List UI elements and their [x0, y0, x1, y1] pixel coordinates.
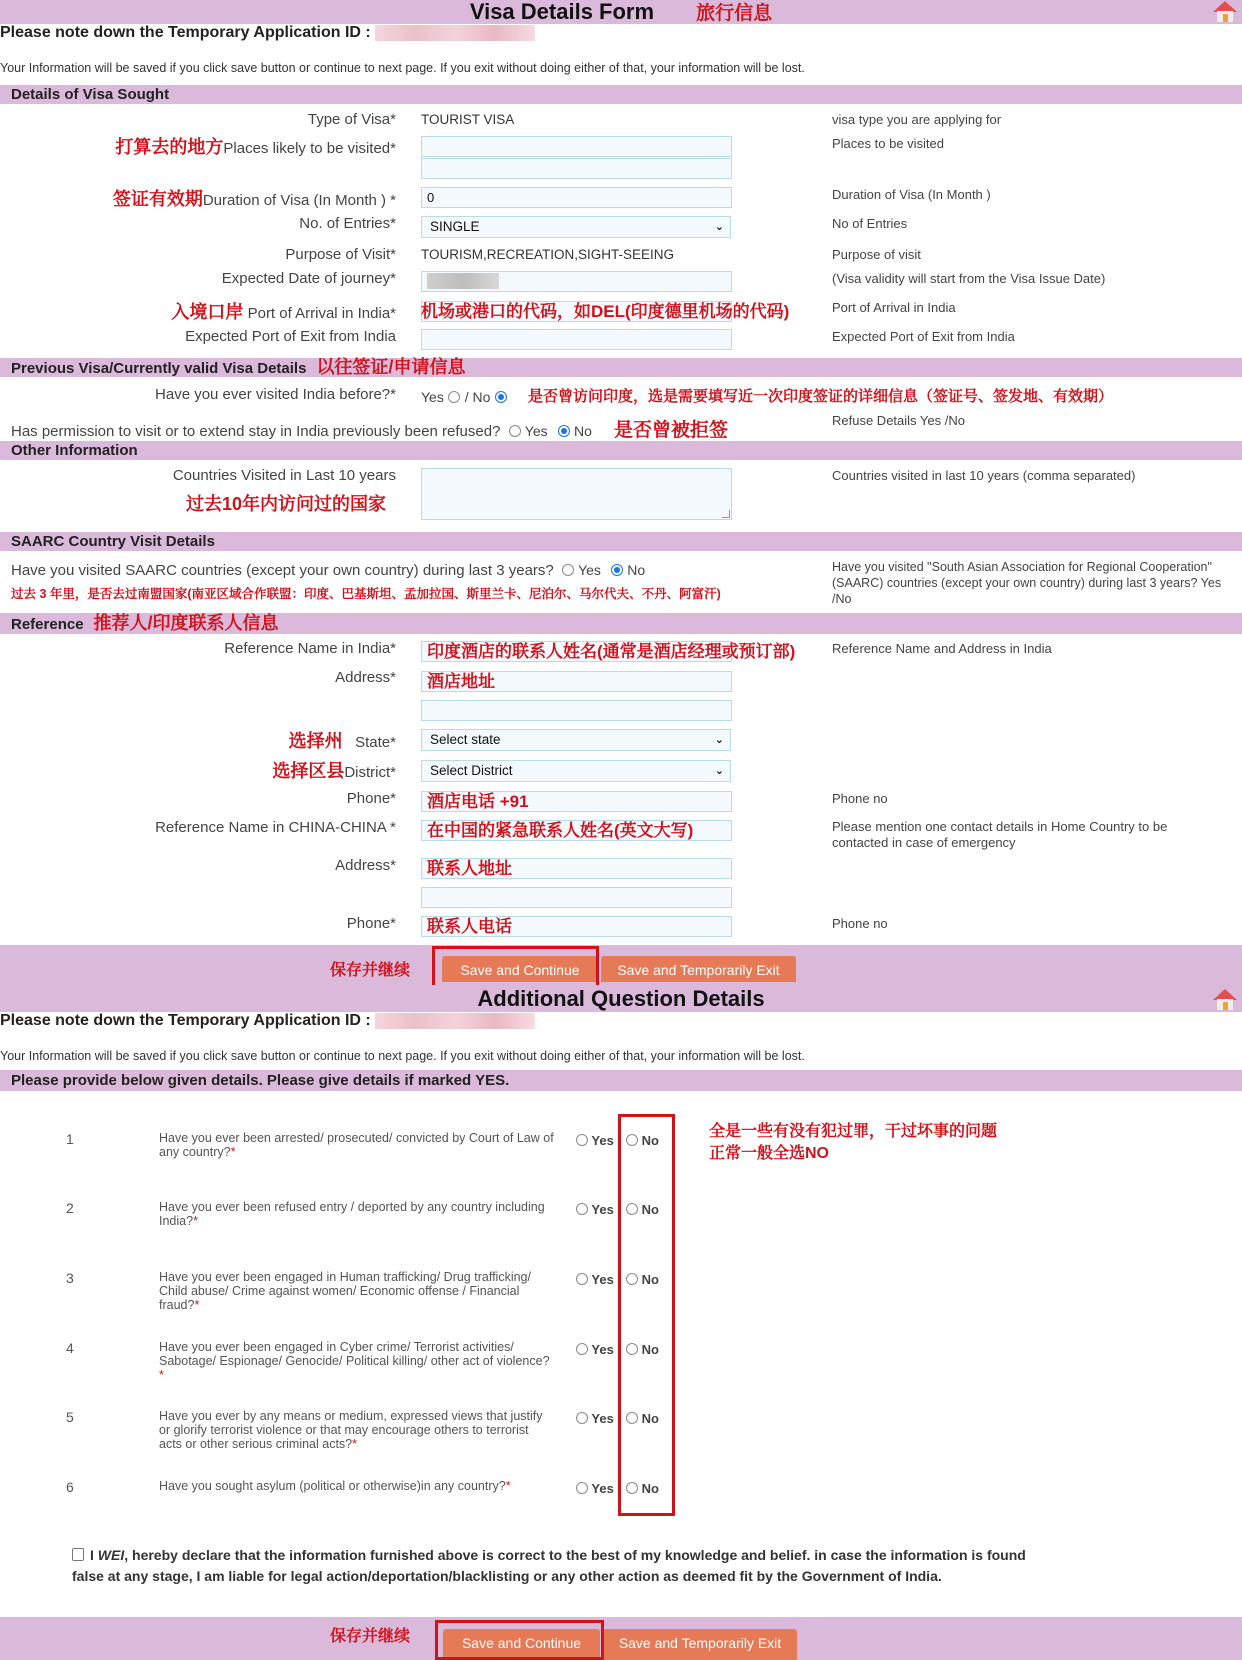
saarc-annotation: 过去 3 年里，是否去过南盟国家(南亚区域合作联盟：印度、巴基斯坦、孟加拉国、斯…	[11, 584, 721, 602]
question-yes-radio[interactable]	[576, 1412, 588, 1424]
highlight-box-no-column	[618, 1114, 675, 1516]
question-yes-option: Yes	[576, 1481, 614, 1496]
temp-app-id: Please note down the Temporary Applicati…	[0, 24, 535, 42]
highlight-box-2	[435, 1620, 604, 1660]
save-exit-button[interactable]: Save and Temporarily Exit	[601, 956, 796, 982]
label-ref-address-home: Address*	[0, 857, 396, 874]
hint-places: Places to be visited	[832, 136, 944, 152]
save-notice-2: Your Information will be saved if you cl…	[0, 1049, 805, 1063]
label-countries-visited: Countries Visited in Last 10 years	[0, 467, 396, 484]
places-input-2[interactable]	[421, 158, 732, 179]
save-continue-annotation: 保存并继续	[330, 957, 410, 980]
question-text: Have you ever by any means or medium, ex…	[159, 1409, 554, 1451]
section-other-info: Other Information	[0, 441, 1242, 460]
label-duration: 签证有效期Duration of Visa (In Month ) *	[0, 185, 396, 211]
section-saarc: SAARC Country Visit Details	[0, 532, 1242, 551]
section-additional-questions: Please provide below given details. Plea…	[0, 1070, 1242, 1091]
port-arrival-annotation: 机场或港口的代码，如DEL(印度德里机场的代码)	[421, 297, 789, 322]
question-yes-option: Yes	[576, 1342, 614, 1357]
page-title: Visa Details Form	[470, 0, 654, 24]
hint-ref-name-home: Please mention one contact details in Ho…	[832, 819, 1222, 851]
visited-india-yes-radio[interactable]	[448, 391, 460, 403]
hint-entries: No of Entries	[832, 216, 907, 232]
label-port-arrival: 入境口岸 Port of Arrival in India*	[0, 298, 396, 324]
hint-duration: Duration of Visa (In Month )	[832, 187, 991, 203]
hint-ref-name-india: Reference Name and Address in India	[832, 641, 1052, 657]
questions-annotation-1: 全是一些有没有犯过罪，干过坏事的问题	[709, 1118, 997, 1141]
section-previous-visa: Previous Visa/Currently valid Visa Detai…	[0, 358, 1242, 377]
countries-visited-annotation: 过去10年内访问过的国家	[186, 494, 386, 514]
port-exit-input[interactable]	[421, 329, 732, 350]
section-visa-sought: Details of Visa Sought	[0, 85, 1242, 104]
phone-india-input[interactable]: 酒店电话 +91	[421, 791, 732, 812]
label-type-of-visa: Type of Visa*	[0, 111, 396, 128]
refused-row: Has permission to visit or to extend sta…	[11, 415, 728, 442]
value-type-of-visa: TOURIST VISA	[421, 112, 514, 127]
question-yes-radio[interactable]	[576, 1273, 588, 1285]
question-text: Have you ever been engaged in Cyber crim…	[159, 1340, 554, 1382]
label-refused: Has permission to visit or to extend sta…	[11, 423, 500, 440]
app-id-value-redacted	[375, 25, 535, 41]
state-select[interactable]: Select state⌄	[421, 729, 731, 751]
hint-port-exit: Expected Port of Exit from India	[832, 329, 1015, 345]
label-entries: No. of Entries*	[0, 215, 396, 232]
label-port-exit: Expected Port of Exit from India	[0, 328, 396, 345]
ref-name-home-input[interactable]: 在中国的紧急联系人姓名(英文大写)	[421, 820, 732, 841]
duration-input[interactable]: 0	[421, 187, 732, 208]
question-text: Have you ever been refused entry / depor…	[159, 1200, 554, 1228]
label-district: 选择区县District*	[0, 757, 396, 783]
save-notice: Your Information will be saved if you cl…	[0, 61, 805, 75]
home-icon[interactable]	[1212, 988, 1238, 1010]
declaration-checkbox[interactable]	[72, 1548, 84, 1561]
district-select[interactable]: Select District⌄	[421, 760, 731, 782]
section-reference: Reference推荐人/印度联系人信息	[0, 613, 1242, 634]
question-text: Have you sought asylum (political or oth…	[159, 1479, 554, 1493]
hint-phone-home: Phone no	[832, 916, 888, 932]
date-redacted	[427, 273, 499, 289]
hint-type-of-visa: visa type you are applying for	[832, 112, 1001, 128]
save-continue-annotation-2: 保存并继续	[330, 1623, 410, 1646]
question-number: 5	[66, 1409, 74, 1425]
question-yes-option: Yes	[576, 1411, 614, 1426]
visited-india-annotation: 是否曾访问印度，选是需要填写近一次印度签证的详细信息（签证号、签发地、有效期）	[528, 385, 1113, 406]
label-ref-name-home: Reference Name in CHINA-CHINA *	[0, 819, 396, 836]
ref-address-india-input-1[interactable]: 酒店地址	[421, 671, 732, 692]
hint-countries-visited: Countries visited in last 10 years (comm…	[832, 468, 1135, 484]
save-exit-button-2[interactable]: Save and Temporarily Exit	[603, 1629, 797, 1660]
question-number: 2	[66, 1200, 74, 1216]
refused-no-radio[interactable]	[558, 425, 570, 437]
entries-select[interactable]: SINGLE⌄	[421, 216, 731, 238]
chevron-down-icon: ⌄	[715, 217, 724, 237]
label-ref-name-india: Reference Name in India*	[0, 640, 396, 657]
question-number: 3	[66, 1270, 74, 1286]
ref-address-home-input-2[interactable]	[421, 887, 732, 908]
question-yes-radio[interactable]	[576, 1134, 588, 1146]
question-yes-radio[interactable]	[576, 1482, 588, 1494]
resize-grip-icon[interactable]	[722, 510, 730, 518]
value-purpose: TOURISM,RECREATION,SIGHT-SEEING	[421, 247, 674, 262]
label-saarc: Have you visited SAARC countries (except…	[11, 562, 554, 579]
question-text: Have you ever been arrested/ prosecuted/…	[159, 1131, 554, 1159]
saarc-yes-radio[interactable]	[562, 564, 574, 576]
hint-journey-date: (Visa validity will start from the Visa …	[832, 271, 1105, 287]
label-phone-india: Phone*	[0, 790, 396, 807]
question-number: 6	[66, 1479, 74, 1495]
question-text: Have you ever been engaged in Human traf…	[159, 1270, 554, 1312]
hint-refused: Refuse Details Yes /No	[832, 413, 965, 429]
label-visited-india: Have you ever visited India before?*	[0, 386, 396, 403]
label-places: 打算去的地方Places likely to be visited*	[0, 133, 396, 159]
visited-india-radio-group: Yes / No	[421, 389, 507, 407]
question-yes-radio[interactable]	[576, 1203, 588, 1215]
page-header-visa-details: Visa Details Form 旅行信息	[0, 0, 1242, 24]
page-header-additional-questions: Additional Question Details	[0, 985, 1242, 1012]
question-number: 1	[66, 1131, 74, 1147]
refused-yes-radio[interactable]	[509, 425, 521, 437]
question-yes-option: Yes	[576, 1133, 614, 1148]
label-state: 选择州 State*	[0, 727, 396, 753]
question-yes-option: Yes	[576, 1272, 614, 1287]
label-phone-home: Phone*	[0, 915, 396, 932]
hint-saarc: Have you visited "South Asian Associatio…	[832, 559, 1222, 607]
chevron-down-icon: ⌄	[715, 730, 724, 750]
label-ref-address-india: Address*	[0, 669, 396, 686]
hint-port-arrival: Port of Arrival in India	[832, 300, 956, 316]
visited-india-no-radio[interactable]	[495, 391, 507, 403]
app-id-value-redacted	[375, 1013, 535, 1029]
page2-title: Additional Question Details	[0, 985, 1242, 1012]
journey-date-input[interactable]	[421, 271, 732, 292]
label-journey-date: Expected Date of journey*	[0, 270, 396, 287]
places-input-1[interactable]	[421, 136, 732, 157]
question-yes-option: Yes	[576, 1202, 614, 1217]
question-yes-radio[interactable]	[576, 1343, 588, 1355]
highlight-box	[432, 946, 599, 988]
declarant-name: WEI	[98, 1547, 124, 1563]
label-purpose: Purpose of Visit*	[0, 246, 396, 263]
title-annotation: 旅行信息	[696, 3, 772, 24]
hint-phone-india: Phone no	[832, 791, 888, 807]
questions-annotation-2: 正常一般全选NO	[709, 1140, 829, 1163]
refused-annotation: 是否曾被拒签	[614, 420, 728, 441]
home-icon[interactable]	[1212, 0, 1238, 22]
chevron-down-icon: ⌄	[715, 761, 724, 781]
saarc-no-radio[interactable]	[611, 564, 623, 576]
temp-app-id-2: Please note down the Temporary Applicati…	[0, 1012, 535, 1030]
ref-address-home-input-1[interactable]: 联系人地址	[421, 858, 732, 879]
declaration: I WEI, hereby declare that the informati…	[72, 1545, 1052, 1587]
ref-name-india-input[interactable]: 印度酒店的联系人姓名(通常是酒店经理或预订部)	[421, 641, 732, 662]
ref-address-india-input-2[interactable]	[421, 700, 732, 721]
countries-visited-textarea[interactable]	[421, 468, 732, 520]
question-number: 4	[66, 1340, 74, 1356]
phone-home-input[interactable]: 联系人电话	[421, 916, 732, 937]
hint-purpose: Purpose of visit	[832, 247, 921, 263]
saarc-row: Have you visited SAARC countries (except…	[11, 562, 645, 579]
